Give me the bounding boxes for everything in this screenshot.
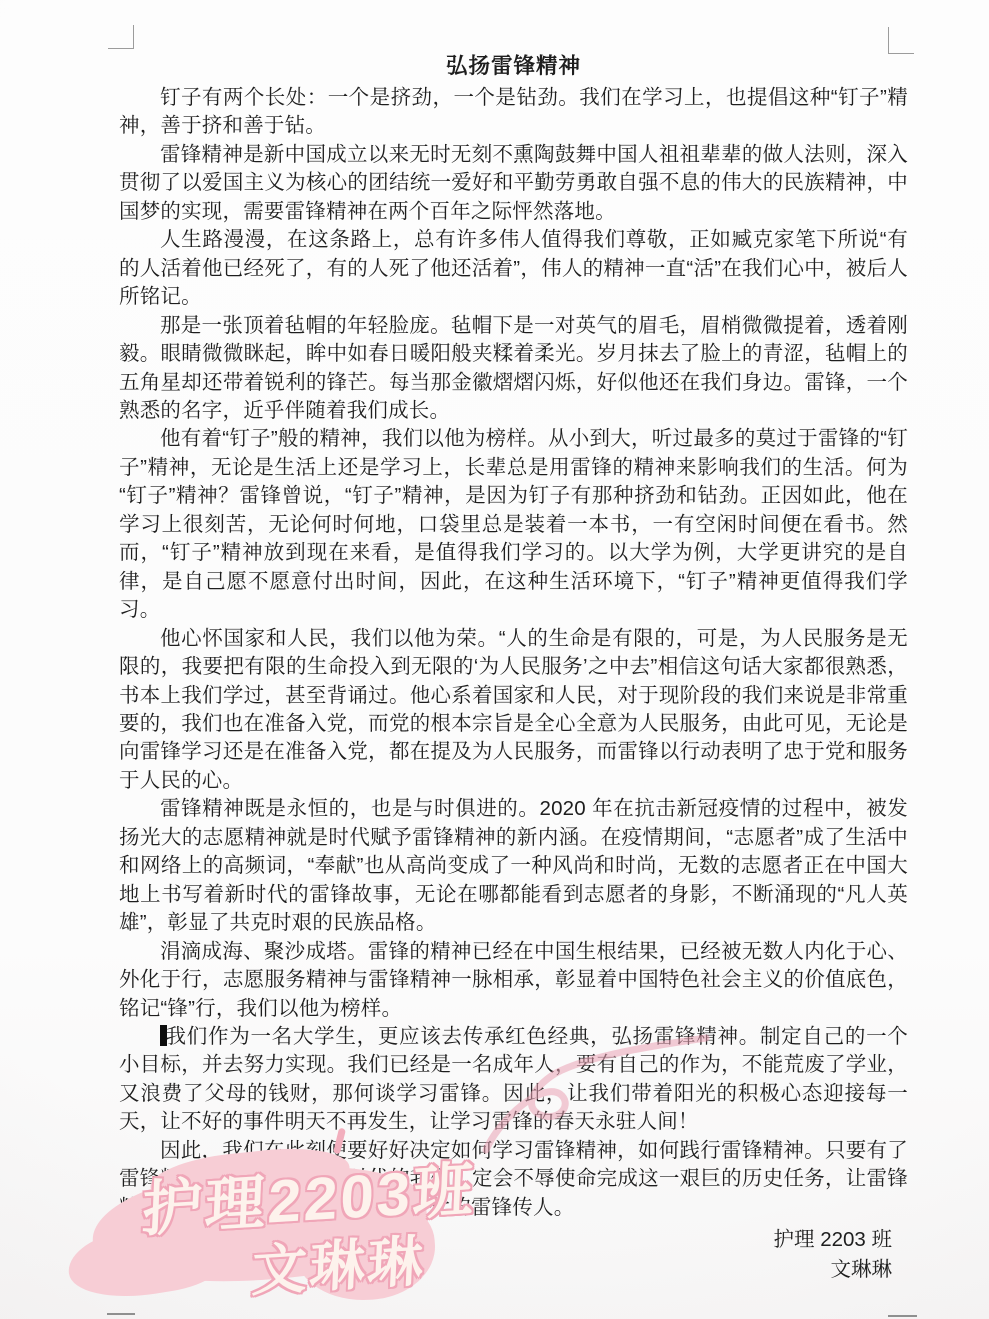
paragraph-4: 那是一张顶着毡帽的年轻脸庞。毡帽下是一对英气的眉毛，眉梢微微提着，透着刚毅。眼睛… (119, 312, 908, 426)
crop-mark-top-right (888, 27, 914, 54)
paragraph-8: 涓滴成海、聚沙成塔。雷锋的精神已经在中国生根结果，已经被无数人内化于心、外化于行… (119, 938, 908, 1023)
paragraph-7: 雷锋精神既是永恒的，也是与时俱进的。2020 年在抗击新冠疫情的过程中，被发扬光… (119, 795, 908, 937)
document-page: 弘扬雷锋精神 钉子有两个长处：一个是挤劲，一个是钻劲。我们在学习上，也提倡这种“… (0, 0, 989, 1319)
document-title: 弘扬雷锋精神 (119, 52, 908, 81)
watermark-name-text: 文琳琳 (250, 1217, 427, 1307)
paragraph-9: 我们作为一名大学生，更应该去传承红色经典，弘扬雷锋精神。制定自己的一个小目标，并… (119, 1023, 908, 1137)
crop-mark-top-left (108, 25, 134, 49)
paragraph-6: 他心怀国家和人民，我们以他为荣。“人的生命是有限的，可是，为人民服务是无限的，我… (119, 625, 908, 796)
text-block: 弘扬雷锋精神 钉子有两个长处：一个是挤劲，一个是钻劲。我们在学习上，也提倡这种“… (119, 52, 908, 1285)
paragraph-3: 人生路漫漫，在这条路上，总有许多伟人值得我们尊敬，正如臧克家笔下所说“有的人活着… (119, 226, 908, 311)
crop-mark-bottom-right (888, 1315, 917, 1319)
paragraph-5: 他有着“钉子”般的精神，我们以他为榜样。从小到大，听过最多的莫过于雷锋的“钉子”… (119, 425, 908, 624)
essay-body: 钉子有两个长处：一个是挤劲，一个是钻劲。我们在学习上，也提倡这种“钉子”精神，善… (119, 84, 908, 1222)
crop-mark-bottom-left (107, 1313, 135, 1319)
paragraph-9-text: 我们作为一名大学生，更应该去传承红色经典，弘扬雷锋精神。制定自己的一个小目标，并… (119, 1025, 908, 1133)
paragraph-1: 钉子有两个长处：一个是挤劲，一个是钻劲。我们在学习上，也提倡这种“钉子”精神，善… (119, 84, 908, 141)
paragraph-2: 雷锋精神是新中国成立以来无时无刻不熏陶鼓舞中国人祖祖辈辈的做人法则，深入贯彻了以… (119, 141, 908, 226)
